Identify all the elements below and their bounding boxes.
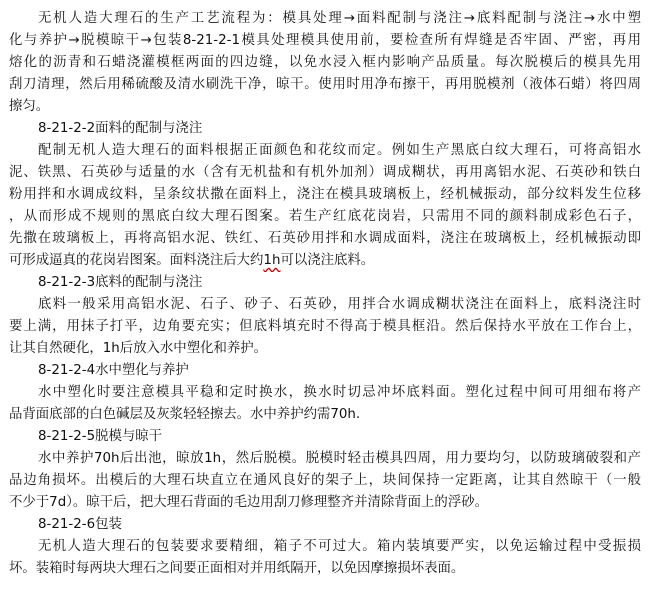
paragraph-8-21-2-2: 配制无机人造大理石的面料根据正面颜色和花纹而定。例如生产黑底白纹大理石，可将高铝… bbox=[9, 140, 641, 272]
text-line: 无机人造大理石的生产工艺流程为：模具处理→面料配制与浇注→底料配制与浇注→水中塑 bbox=[9, 8, 641, 30]
text-fragment: 可形成逼真的花岗岩图案。面料浇注后大约 bbox=[9, 253, 263, 268]
text-line: 化与养护→脱模晾干→包装8-21-2-1模具处理模具使用前，要检查所有焊缝是否牢… bbox=[9, 30, 641, 52]
text-line: 刮刀清理，然后用稀硫酸及清水刷洗干净，晾干。使用时用净布擦干，再用脱模剂（液体石… bbox=[9, 74, 641, 96]
paragraph-8-21-2-6: 无机人造大理石的包装要求要精细，箱子不可过大。箱内装填要严实，以免运输过程中受振… bbox=[9, 536, 641, 580]
text-line: ，从而形成不规则的黑底白纹大理石图案。若生产红底花岗岩，只需用不同的颜料制成彩色… bbox=[9, 206, 641, 228]
text-line: 擦匀。 bbox=[9, 96, 641, 118]
paragraph-8-21-2-4: 水中塑化时要注意模具平稳和定时换水，换水时切忌冲坏底料面。塑化过程中间可用细布将… bbox=[9, 382, 641, 426]
section-heading-8-21-2-4: 8-21-2-4水中塑化与养护 bbox=[9, 360, 641, 382]
text-line: 底料一般采用高铝水泥、石子、砂子、石英砂，用拌合水调成糊状浇注在面料上，底料浇注… bbox=[9, 294, 641, 316]
text-line: 水中养护70h后出池，晾放1h，然后脱模。脱模时轻击模具四周，用力要均匀，以防玻… bbox=[9, 448, 641, 470]
section-heading-8-21-2-2: 8-21-2-2面料的配制与浇注 bbox=[9, 118, 641, 140]
document-body: 无机人造大理石的生产工艺流程为：模具处理→面料配制与浇注→底料配制与浇注→水中塑… bbox=[9, 8, 641, 580]
paragraph-intro: 无机人造大理石的生产工艺流程为：模具处理→面料配制与浇注→底料配制与浇注→水中塑… bbox=[9, 8, 641, 118]
text-line: 泥、铁黑、石英砂与适量的水（含有无机盐和有机外加剂）调成糊状，再用离铝水泥、石英… bbox=[9, 162, 641, 184]
text-line: 配制无机人造大理石的面料根据正面颜色和花纹而定。例如生产黑底白纹大理石，可将高铝… bbox=[9, 140, 641, 162]
text-line: 坏。装箱时每两块大理石之间要正面相对并用纸隔开，以免因摩擦损坏表面。 bbox=[9, 558, 641, 580]
paragraph-8-21-2-5: 水中养护70h后出池，晾放1h，然后脱模。脱模时轻击模具四周，用力要均匀，以防玻… bbox=[9, 448, 641, 514]
text-line: 不少于7d）。晾干后，把大理石背面的毛边用刮刀修理整齐并清除背面上的浮砂。 bbox=[9, 492, 641, 514]
text-line: 让其自然硬化，1h后放入水中塑化和养护。 bbox=[9, 338, 641, 360]
spellcheck-underlined-word: 1h bbox=[263, 253, 280, 268]
text-line: 先撒在玻璃板上，再将高铝水泥、铁红、石英砂用拌和水调成面料，浇注在玻璃板上，经机… bbox=[9, 228, 641, 250]
text-fragment: 可以浇注底料。 bbox=[280, 253, 374, 268]
text-line: 品背面底部的白色碱层及灰浆轻轻擦去。水中养护约需70h. bbox=[9, 404, 641, 426]
text-line: 可形成逼真的花岗岩图案。面料浇注后大约1h可以浇注底料。 bbox=[9, 250, 641, 272]
section-heading-8-21-2-3: 8-21-2-3底料的配制与浇注 bbox=[9, 272, 641, 294]
text-line: 熔化的沥青和石蜡浇灌模框两面的四边缝，以免水浸入框内影响产品质量。每次脱模后的模… bbox=[9, 52, 641, 74]
text-line: 水中塑化时要注意模具平稳和定时换水，换水时切忌冲坏底料面。塑化过程中间可用细布将… bbox=[9, 382, 641, 404]
section-heading-8-21-2-5: 8-21-2-5脱模与晾干 bbox=[9, 426, 641, 448]
text-line: 品边角损坏。出模后的大理石块直立在通风良好的架子上，块间保持一定距离，让其自然晾… bbox=[9, 470, 641, 492]
text-line: 要上满，用抹子打平，边角要充实；但底料填充时不得高于模具框沿。然后保持水平放在工… bbox=[9, 316, 641, 338]
text-line: 粉用拌和水调成纹料，呈条纹状撒在面料上，浇注在模具玻璃板上，经机械振动，部分纹料… bbox=[9, 184, 641, 206]
text-line: 无机人造大理石的包装要求要精细，箱子不可过大。箱内装填要严实，以免运输过程中受振… bbox=[9, 536, 641, 558]
paragraph-8-21-2-3: 底料一般采用高铝水泥、石子、砂子、石英砂，用拌合水调成糊状浇注在面料上，底料浇注… bbox=[9, 294, 641, 360]
section-heading-8-21-2-6: 8-21-2-6包装 bbox=[9, 514, 641, 536]
